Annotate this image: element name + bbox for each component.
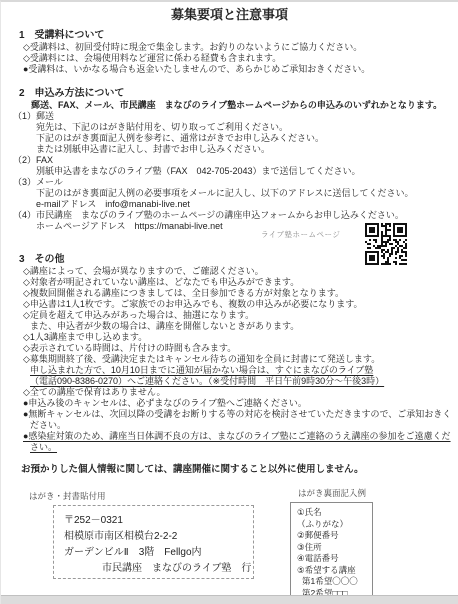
- section-3-item: ◇講座によって、会場が異なりますので、ご確認ください。: [1, 266, 458, 277]
- example-line: ②郵便番号: [297, 530, 372, 542]
- section-1-heading: 1 受講料について: [1, 30, 458, 42]
- example-label: はがき裏面記入例: [298, 487, 366, 499]
- section-3-item: ◇表示されている時間は、片付けの時間も含みます。: [1, 343, 458, 354]
- example-line: ④電話番号: [297, 553, 372, 565]
- privacy-note: お預かりした個人情報に関しては、講座開催に関すること以外に使用しません。: [1, 464, 458, 475]
- section-2-line: 別紙申込書をまなびのライブ塾（FAX 042-705-2043）まで送信してくだ…: [1, 166, 458, 177]
- section-2-line: 宛先は、下記のはがき貼付用を、切り取ってご利用ください。: [1, 122, 458, 133]
- section-2-line: e-mailアドレス info@manabi-live.net: [1, 199, 458, 210]
- section-3-item: さい。: [1, 442, 458, 453]
- section-3-item: ◇定員を超えて申込みがあった場合は、抽選になります。: [1, 310, 458, 321]
- qr-label: ライブ塾ホームページ: [261, 229, 340, 240]
- section-3-item: ◇1人3講座まで申し込めます。: [1, 332, 458, 343]
- section-3-item: ●無断キャンセルは、次回以降の受講をお断りする等の対応を検討させていただきますの…: [1, 409, 458, 420]
- example-line: ③住所: [297, 542, 372, 554]
- section-3-item: また、申込者が少数の場合は、講座を開催しないときがあります。: [1, 321, 458, 332]
- section-1-item: ●受講料は、いかなる場合も返金いたしませんので、あらかじめご承知おきください。: [1, 64, 458, 75]
- section-2-heading: 2 申込み方法について: [1, 88, 458, 100]
- section-2-line: （4）市民講座 まなびのライブ塾のホームページの講座申込フォームからお申し込みく…: [1, 210, 458, 221]
- address-line: 〒252－0321: [64, 513, 253, 529]
- example-line: ①氏名: [297, 507, 372, 519]
- section-1-item: ◇受講料は、初回受付時に現金で集金します。お釣りのないようにご協力ください。: [1, 42, 458, 53]
- section-3-item: （電話090-8386-0270）へご連絡ください。（※受付時間 平日午前9時3…: [1, 376, 458, 387]
- section-3-item: ださい。: [1, 420, 458, 431]
- postcard-address-box: 〒252－0321 相模原市南区相模台2-2-2 ガーデンビルⅡ 3階 Fell…: [53, 505, 254, 579]
- qr-code-icon: [365, 223, 407, 265]
- section-3-item: ●感染症対策のため、講座当日体調不良の方は、まなびのライブ塾にご連絡のうえ講座の…: [1, 431, 458, 442]
- section-2-line: 下記のはがき裏面記入例を参考に、通常はがきでお申し込みください。: [1, 133, 458, 144]
- section-2-line: （2）FAX: [1, 155, 458, 166]
- section-2-line: 下記のはがき裏面記入例の必要事項をメールに記入し、以下のアドレスに送信してくださ…: [1, 188, 458, 199]
- section-3-item: ◇申込書は1人1枚です。ご家族でのお申込みでも、複数の申込みが必要になります。: [1, 299, 458, 310]
- example-line: （ふりがな）: [297, 519, 372, 531]
- section-3-item: ◇全ての講座で保育はありません。: [1, 387, 458, 398]
- section-2-line: （3）メール: [1, 177, 458, 188]
- section-2-line: （1）郵送: [1, 111, 458, 122]
- section-3-item: ◇対象者が明記されていない講座は、どなたでも申込みができます。: [1, 277, 458, 288]
- page-title: 募集要項と注意事項: [1, 7, 458, 23]
- section-3-item: 申し込まれた方で、10月10日までに通知が届かない場合は、すぐにまなびのライブ塾: [1, 365, 458, 376]
- postcard-label: はがき・封書貼付用: [29, 490, 106, 502]
- address-line: 相模原市南区相模台2-2-2: [64, 529, 253, 545]
- section-3-item: ◇複数回開催される講座につきましては、全日参加できる方が対象となります。: [1, 288, 458, 299]
- document-page: { "title": "募集要項と注意事項", "section1": { "h…: [0, 0, 458, 604]
- page-bottom-edge: [1, 595, 458, 604]
- section-1-item: ◇受講料には、会場使用料など運営に係わる経費も含まれます。: [1, 53, 458, 64]
- section-3-item: ●申込み後のキャンセルは、必ずまなびのライブ塾へご連絡ください。: [1, 398, 458, 409]
- example-line: ⑤希望する講座: [297, 565, 372, 577]
- example-line: 第1希望〇〇〇: [297, 576, 372, 588]
- section-2-line: または別紙申込書に記入し、封書でお申し込みください。: [1, 144, 458, 155]
- address-line: 市民講座 まなびのライブ塾 行: [64, 561, 253, 577]
- address-line: ガーデンビルⅡ 3階 Fellgo内: [64, 545, 253, 561]
- postcard-example-box: ①氏名 （ふりがな） ②郵便番号 ③住所 ④電話番号 ⑤希望する講座 第1希望〇…: [290, 502, 373, 604]
- section-3-item: ◇募集期間終了後、受講決定またはキャンセル待ちの通知を全員に封書にて発送します。: [1, 354, 458, 365]
- section-2-intro: 郵送、FAX、メール、市民講座 まなびのライブ塾ホームページからの申込みのいずれ…: [1, 100, 458, 111]
